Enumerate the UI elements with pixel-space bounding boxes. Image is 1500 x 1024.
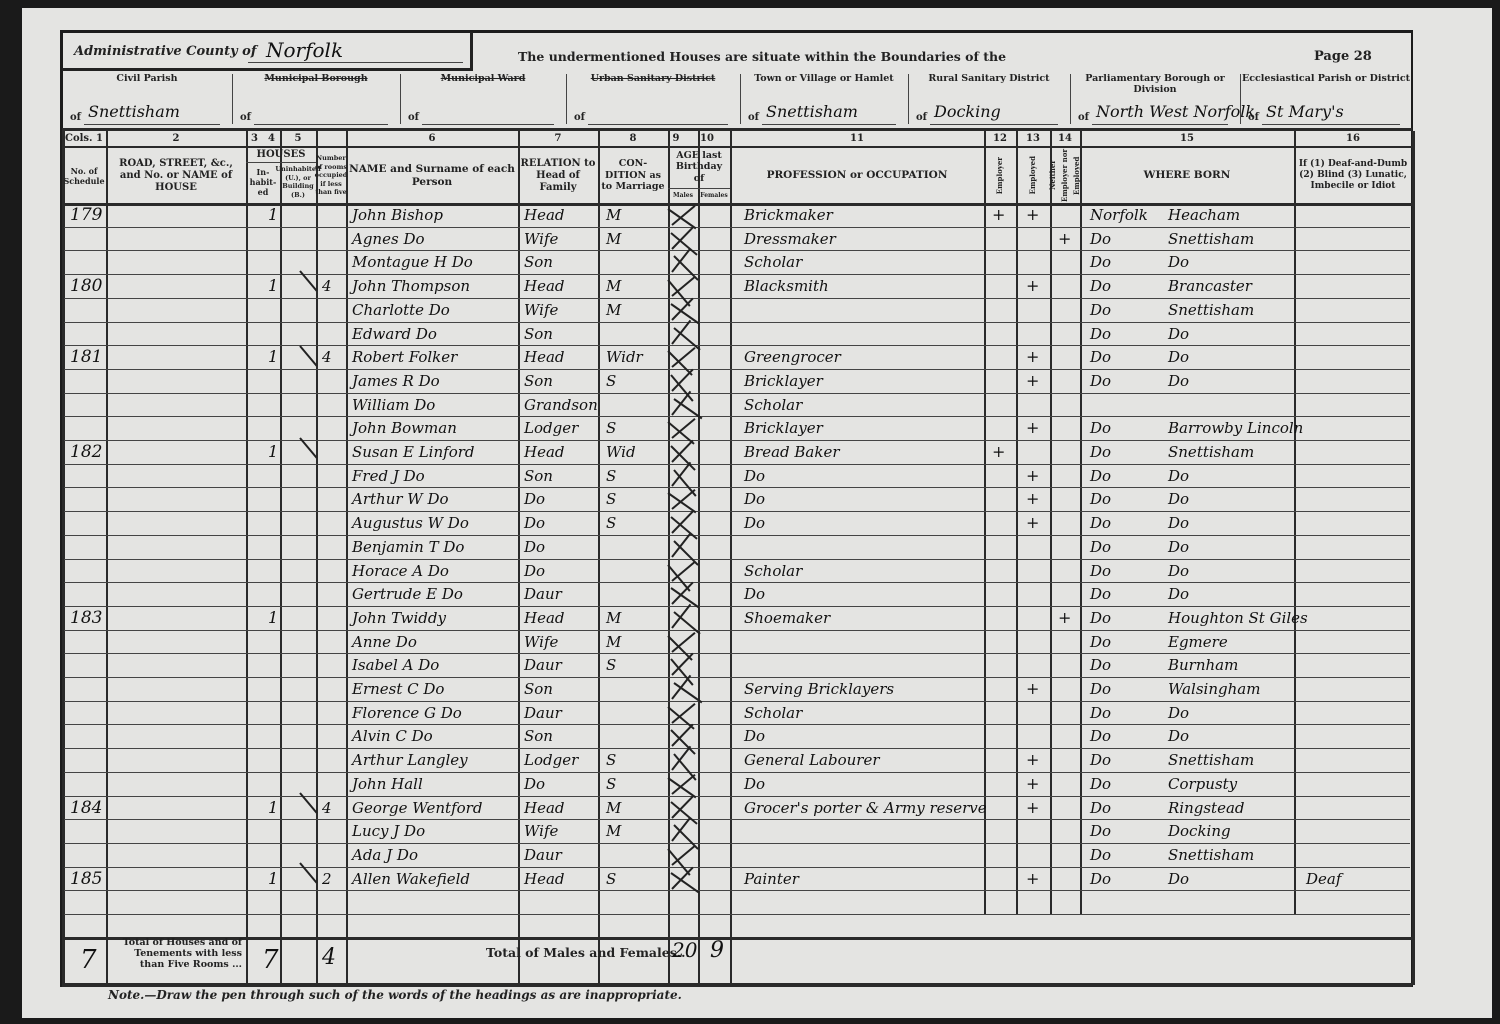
relation-to-head: Wife xyxy=(524,820,558,842)
column-number: 11 xyxy=(730,133,984,144)
birthplace-town: Do xyxy=(1168,583,1189,605)
district-label: Municipal Ward xyxy=(400,73,566,84)
vertical-header-cell: Neither Employer nor Employed xyxy=(1050,148,1080,203)
column-number: 13 xyxy=(1016,133,1050,144)
district-separator xyxy=(740,74,741,124)
occupation: Bread Baker xyxy=(744,441,840,463)
relation-to-head: Head xyxy=(524,441,565,463)
birthplace-county: Do xyxy=(1090,749,1111,771)
birthplace-town: Snettisham xyxy=(1168,441,1254,463)
column-header-c8: CON-DITION as to Marriage xyxy=(600,148,666,203)
vertical-header-cell: Employer xyxy=(984,148,1016,203)
employed-mark: + xyxy=(1026,678,1039,700)
table-row xyxy=(62,702,1412,726)
column-header-c9_10: AGE last Birthday of xyxy=(670,147,728,187)
district-value: Docking xyxy=(934,102,1001,121)
occupation: Scholar xyxy=(744,251,802,273)
total-mf-label: Total of Males and Females... xyxy=(486,945,690,960)
employed-mark: + xyxy=(1026,773,1039,795)
vertical-header-cell: Employed xyxy=(1016,148,1050,203)
employed-mark: + xyxy=(1026,488,1039,510)
birthplace-county: Norfolk xyxy=(1090,204,1148,226)
occupation: Greengrocer xyxy=(744,346,841,368)
person-name: Montague H Do xyxy=(352,251,473,273)
occupation: Grocer's porter & Army reserve xyxy=(744,797,987,819)
of-prefix: of xyxy=(70,112,81,123)
of-prefix: of xyxy=(748,112,759,123)
inhabited-count: 1 xyxy=(268,441,278,463)
district-value: St Mary's xyxy=(1266,102,1344,121)
total-females: 9 xyxy=(710,938,724,963)
birthplace-county: Do xyxy=(1090,465,1111,487)
birthplace-county: Do xyxy=(1090,488,1111,510)
relation-to-head: Head xyxy=(524,204,565,226)
person-name: John Twiddy xyxy=(352,607,446,629)
relation-to-head: Do xyxy=(524,536,545,558)
table-row xyxy=(62,370,1412,394)
marital-condition: M xyxy=(606,204,621,226)
birthplace-county: Do xyxy=(1090,370,1111,392)
employer-mark: + xyxy=(992,204,1005,226)
marital-condition: M xyxy=(606,607,621,629)
schedule-number: 184 xyxy=(70,797,102,819)
relation-to-head: Son xyxy=(524,323,553,345)
person-name: George Wentford xyxy=(352,797,482,819)
birthplace-town: Docking xyxy=(1168,820,1231,842)
rooms-count: 2 xyxy=(322,868,332,890)
column-number: 15 xyxy=(1080,133,1294,144)
district-underline xyxy=(762,124,896,125)
relation-to-head: Wife xyxy=(524,299,558,321)
row-rule xyxy=(64,914,1410,915)
table-row xyxy=(62,560,1412,584)
birthplace-county: Do xyxy=(1090,725,1111,747)
column-header-c10: Females xyxy=(700,189,728,202)
district-label: Ecclesiastical Parish or District xyxy=(1240,73,1412,84)
column-number: 10 xyxy=(684,133,730,144)
table-row xyxy=(62,868,1412,892)
column-number: 4 xyxy=(263,133,280,144)
total-schedules: 7 xyxy=(80,945,97,975)
person-name: Florence G Do xyxy=(352,702,462,724)
rooms-count: 4 xyxy=(322,275,332,297)
birthplace-town: Do xyxy=(1168,488,1189,510)
employed-mark: + xyxy=(1026,275,1039,297)
column-header-c1: No. of Schedule xyxy=(64,148,104,203)
person-name: William Do xyxy=(352,394,435,416)
person-name: John Thompson xyxy=(352,275,470,297)
district-underline xyxy=(84,124,220,125)
birthplace-county: Do xyxy=(1090,275,1111,297)
table-row xyxy=(62,251,1412,275)
birthplace-town: Houghton St Giles xyxy=(1168,607,1308,629)
of-prefix: of xyxy=(1078,112,1089,123)
district-underline xyxy=(422,124,554,125)
schedule-number: 185 xyxy=(70,868,102,890)
totals-rule xyxy=(62,937,1412,940)
column-header-houses: HOUSES xyxy=(248,147,314,162)
birthplace-town: Do xyxy=(1168,560,1189,582)
of-prefix: of xyxy=(1248,112,1259,123)
marital-condition: Wid xyxy=(606,441,636,463)
district-label: Town or Village or Hamlet xyxy=(740,73,908,84)
table-row xyxy=(62,512,1412,536)
total-houses-label: Total of Houses and of Tenements with le… xyxy=(108,937,242,970)
birthplace-town: Do xyxy=(1168,465,1189,487)
column-header-c6: NAME and Surname of each Person xyxy=(348,148,516,203)
district-value: North West Norfolk xyxy=(1096,102,1255,121)
relation-to-head: Daur xyxy=(524,844,562,866)
column-number: 14 xyxy=(1050,133,1080,144)
occupation: Do xyxy=(744,465,765,487)
occupation: Do xyxy=(744,488,765,510)
occupation: Do xyxy=(744,583,765,605)
birthplace-county: Do xyxy=(1090,631,1111,653)
relation-to-head: Grandson xyxy=(524,394,598,416)
schedule-number: 182 xyxy=(70,441,102,463)
marital-condition: S xyxy=(606,868,616,890)
birthplace-county: Do xyxy=(1090,797,1111,819)
employed-mark: + xyxy=(1026,346,1039,368)
occupation: Brickmaker xyxy=(744,204,833,226)
occupation: General Labourer xyxy=(744,749,880,771)
birthplace-town: Do xyxy=(1168,346,1189,368)
column-number: Cols. 1 xyxy=(62,133,106,144)
occupation: Shoemaker xyxy=(744,607,830,629)
district-label: Municipal Borough xyxy=(232,73,400,84)
column-header-c4: Uninhabited (U.), or Building (B.) xyxy=(282,163,314,201)
county-label: Administrative County of xyxy=(74,44,256,59)
person-name: Anne Do xyxy=(352,631,417,653)
person-name: Lucy J Do xyxy=(352,820,425,842)
relation-to-head: Lodger xyxy=(524,749,578,771)
inhabited-count: 1 xyxy=(268,204,278,226)
occupation: Scholar xyxy=(744,560,802,582)
schedule-number: 183 xyxy=(70,607,102,629)
column-header-c2: ROAD, STREET, &c., and No. or NAME of HO… xyxy=(108,148,244,203)
of-prefix: of xyxy=(408,112,419,123)
marital-condition: M xyxy=(606,228,621,250)
relation-to-head: Daur xyxy=(524,702,562,724)
marital-condition: M xyxy=(606,631,621,653)
employed-mark: + xyxy=(1026,749,1039,771)
birthplace-county: Do xyxy=(1090,323,1111,345)
birthplace-town: Corpusty xyxy=(1168,773,1237,795)
district-separator xyxy=(908,74,909,124)
person-name: Ernest C Do xyxy=(352,678,444,700)
birthplace-county: Do xyxy=(1090,417,1111,439)
birthplace-town: Brancaster xyxy=(1168,275,1252,297)
relation-to-head: Son xyxy=(524,370,553,392)
column-number: 16 xyxy=(1294,133,1412,144)
marital-condition: S xyxy=(606,773,616,795)
employer-mark: + xyxy=(992,441,1005,463)
district-label: Urban Sanitary District xyxy=(566,73,740,84)
person-name: Ada J Do xyxy=(352,844,418,866)
header-divider xyxy=(62,128,1412,131)
schedule-number: 180 xyxy=(70,275,102,297)
district-underline xyxy=(930,124,1058,125)
birthplace-town: Do xyxy=(1168,370,1189,392)
person-name: Augustus W Do xyxy=(352,512,469,534)
birthplace-county: Do xyxy=(1090,512,1111,534)
occupation: Scholar xyxy=(744,702,802,724)
relation-to-head: Head xyxy=(524,868,565,890)
employed-mark: + xyxy=(1026,204,1039,226)
table-row xyxy=(62,583,1412,607)
birthplace-town: Do xyxy=(1168,868,1189,890)
relation-to-head: Head xyxy=(524,275,565,297)
occupation: Dressmaker xyxy=(744,228,836,250)
person-name: Horace A Do xyxy=(352,560,449,582)
birthplace-town: Walsingham xyxy=(1168,678,1260,700)
birthplace-county: Do xyxy=(1090,299,1111,321)
person-name: Fred J Do xyxy=(352,465,425,487)
marital-condition: S xyxy=(606,512,616,534)
relation-to-head: Do xyxy=(524,512,545,534)
employed-mark: + xyxy=(1026,868,1039,890)
occupation: Do xyxy=(744,773,765,795)
table-row xyxy=(62,465,1412,489)
relation-to-head: Head xyxy=(524,607,565,629)
person-name: James R Do xyxy=(352,370,440,392)
marital-condition: S xyxy=(606,465,616,487)
occupation: Bricklayer xyxy=(744,417,823,439)
district-value: Snettisham xyxy=(766,102,858,121)
relation-to-head: Do xyxy=(524,773,545,795)
column-header-c16: If (1) Deaf-and-Dumb (2) Blind (3) Lunat… xyxy=(1296,148,1410,203)
column-header-c5: Number of rooms occupied if less than fi… xyxy=(318,148,344,203)
occupation: Do xyxy=(744,512,765,534)
birthplace-county: Do xyxy=(1090,228,1111,250)
birthplace-county: Do xyxy=(1090,844,1111,866)
birthplace-town: Barrowby Lincoln xyxy=(1168,417,1303,439)
total-rooms: 4 xyxy=(322,945,336,970)
birthplace-county: Do xyxy=(1090,251,1111,273)
birthplace-county: Do xyxy=(1090,678,1111,700)
footnote: Note.—Draw the pen through such of the w… xyxy=(108,988,682,1002)
district-underline xyxy=(254,124,388,125)
marital-condition: M xyxy=(606,299,621,321)
rooms-count: 4 xyxy=(322,797,332,819)
relation-to-head: Son xyxy=(524,251,553,273)
person-name: Charlotte Do xyxy=(352,299,450,321)
inhabited-count: 1 xyxy=(268,607,278,629)
table-row xyxy=(62,488,1412,512)
birthplace-town: Snettisham xyxy=(1168,299,1254,321)
relation-to-head: Do xyxy=(524,560,545,582)
occupation: Blacksmith xyxy=(744,275,829,297)
birthplace-town: Snettisham xyxy=(1168,228,1254,250)
column-header-c7: RELATION to Head of Family xyxy=(520,148,596,203)
employed-mark: + xyxy=(1026,797,1039,819)
of-prefix: of xyxy=(574,112,585,123)
birthplace-county: Do xyxy=(1090,583,1111,605)
inhabited-count: 1 xyxy=(268,797,278,819)
marital-condition: S xyxy=(606,488,616,510)
person-name: Gertrude E Do xyxy=(352,583,463,605)
birthplace-county: Do xyxy=(1090,654,1111,676)
table-row xyxy=(62,346,1412,370)
birthplace-town: Do xyxy=(1168,512,1189,534)
table-row xyxy=(62,323,1412,347)
relation-to-head: Son xyxy=(524,725,553,747)
employed-mark: + xyxy=(1026,370,1039,392)
birthplace-town: Do xyxy=(1168,725,1189,747)
birthplace-county: Do xyxy=(1090,560,1111,582)
column-header-c13: Employed xyxy=(1027,156,1039,194)
employed-mark: + xyxy=(1026,465,1039,487)
column-number: 8 xyxy=(598,133,668,144)
person-name: Agnes Do xyxy=(352,228,425,250)
occupation: Serving Bricklayers xyxy=(744,678,894,700)
birthplace-county: Do xyxy=(1090,820,1111,842)
neither-mark: + xyxy=(1058,607,1071,629)
total-houses: 7 xyxy=(262,945,279,975)
birthplace-county: Do xyxy=(1090,607,1111,629)
page-number: Page 28 xyxy=(1314,49,1372,64)
birthplace-town: Snettisham xyxy=(1168,749,1254,771)
district-separator xyxy=(1070,74,1071,124)
relation-to-head: Daur xyxy=(524,654,562,676)
person-name: Robert Folker xyxy=(352,346,457,368)
column-header-c14: Neither Employer nor Employed xyxy=(1047,148,1083,203)
marital-condition: M xyxy=(606,275,621,297)
occupation: Bricklayer xyxy=(744,370,823,392)
marital-condition: S xyxy=(606,654,616,676)
relation-to-head: Wife xyxy=(524,631,558,653)
relation-to-head: Head xyxy=(524,346,565,368)
birthplace-county: Do xyxy=(1090,536,1111,558)
intro-text: The undermentioned Houses are situate wi… xyxy=(518,49,1006,64)
district-underline xyxy=(1262,124,1400,125)
marital-condition: S xyxy=(606,370,616,392)
birthplace-town: Do xyxy=(1168,702,1189,724)
column-header-c3: In-habit-ed xyxy=(248,163,278,201)
inhabited-count: 1 xyxy=(268,868,278,890)
employed-mark: + xyxy=(1026,512,1039,534)
district-separator xyxy=(1240,74,1241,124)
column-number: 2 xyxy=(106,133,246,144)
employed-mark: + xyxy=(1026,417,1039,439)
birthplace-town: Do xyxy=(1168,536,1189,558)
county-underline xyxy=(248,62,463,63)
inhabited-count: 1 xyxy=(268,275,278,297)
marital-condition: M xyxy=(606,797,621,819)
person-name: Edward Do xyxy=(352,323,437,345)
birthplace-town: Egmere xyxy=(1168,631,1228,653)
neither-mark: + xyxy=(1058,228,1071,250)
birthplace-county: Do xyxy=(1090,346,1111,368)
table-row xyxy=(62,536,1412,560)
rooms-count: 4 xyxy=(322,346,332,368)
occupation: Do xyxy=(744,725,765,747)
district-underline xyxy=(1092,124,1228,125)
district-separator xyxy=(400,74,401,124)
birthplace-town: Heacham xyxy=(1168,204,1240,226)
birthplace-county: Do xyxy=(1090,441,1111,463)
person-name: John Hall xyxy=(352,773,423,795)
column-number: 9 xyxy=(668,133,684,144)
marital-condition: M xyxy=(606,820,621,842)
column-number: 6 xyxy=(346,133,518,144)
column-number: 12 xyxy=(984,133,1016,144)
district-label: Parliamentary Borough or Division xyxy=(1070,73,1240,95)
relation-to-head: Daur xyxy=(524,583,562,605)
birthplace-county: Do xyxy=(1090,773,1111,795)
column-header-c9: Males xyxy=(670,189,696,202)
table-row xyxy=(62,725,1412,749)
birthplace-town: Do xyxy=(1168,251,1189,273)
schedule-number: 181 xyxy=(70,346,102,368)
infirmity: Deaf xyxy=(1306,868,1341,890)
total-males: 20 xyxy=(672,938,697,962)
inhabited-count: 1 xyxy=(268,346,278,368)
person-name: Susan E Linford xyxy=(352,441,475,463)
district-underline xyxy=(588,124,728,125)
occupation: Painter xyxy=(744,868,799,890)
marital-condition: S xyxy=(606,417,616,439)
person-name: John Bowman xyxy=(352,417,457,439)
district-label: Civil Parish xyxy=(62,73,232,84)
person-name: John Bishop xyxy=(352,204,443,226)
of-prefix: of xyxy=(240,112,251,123)
county-value: Norfolk xyxy=(266,38,343,62)
birthplace-town: Do xyxy=(1168,323,1189,345)
column-number: 5 xyxy=(280,133,316,144)
birthplace-town: Burnham xyxy=(1168,654,1238,676)
person-name: Benjamin T Do xyxy=(352,536,464,558)
table-row xyxy=(62,394,1412,418)
person-name: Arthur W Do xyxy=(352,488,449,510)
column-header-c12: Employer xyxy=(994,157,1006,194)
birthplace-town: Snettisham xyxy=(1168,844,1254,866)
relation-to-head: Head xyxy=(524,797,565,819)
relation-to-head: Son xyxy=(524,465,553,487)
person-name: Isabel A Do xyxy=(352,654,439,676)
column-header-c11: PROFESSION or OCCUPATION xyxy=(732,148,982,203)
relation-to-head: Wife xyxy=(524,228,558,250)
marital-condition: S xyxy=(606,749,616,771)
column-header-c15: WHERE BORN xyxy=(1082,148,1292,203)
column-number: 3 xyxy=(246,133,263,144)
relation-to-head: Son xyxy=(524,678,553,700)
district-value: Snettisham xyxy=(88,102,180,121)
person-name: Allen Wakefield xyxy=(352,868,470,890)
relation-to-head: Do xyxy=(524,488,545,510)
birthplace-county: Do xyxy=(1090,868,1111,890)
marital-condition: Widr xyxy=(606,346,643,368)
person-name: Alvin C Do xyxy=(352,725,433,747)
district-label: Rural Sanitary District xyxy=(908,73,1070,84)
of-prefix: of xyxy=(916,112,927,123)
person-name: Arthur Langley xyxy=(352,749,468,771)
column-divider xyxy=(1412,131,1415,985)
district-separator xyxy=(232,74,233,124)
relation-to-head: Lodger xyxy=(524,417,578,439)
district-separator xyxy=(566,74,567,124)
birthplace-town: Ringstead xyxy=(1168,797,1245,819)
occupation: Scholar xyxy=(744,394,802,416)
bottom-rule xyxy=(62,983,1412,987)
schedule-number: 179 xyxy=(70,204,102,226)
birthplace-county: Do xyxy=(1090,702,1111,724)
column-number: 7 xyxy=(518,133,598,144)
